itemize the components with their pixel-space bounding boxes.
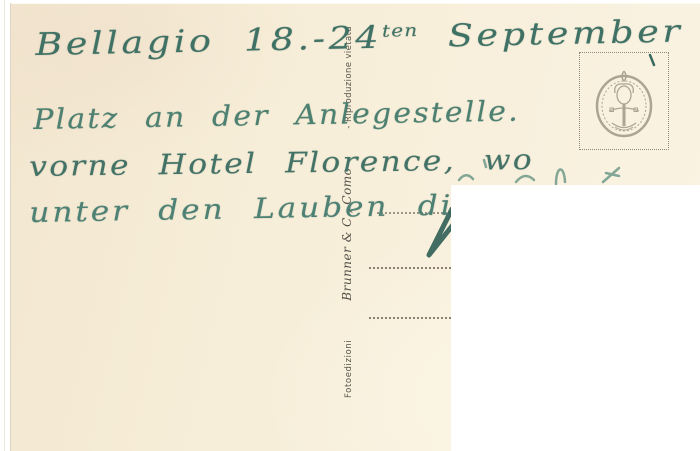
handwriting-line-1-pre: Bellagio 18.-24: [35, 20, 383, 63]
postcard-back: Fotoedizioni Brunner & C., Como - Riprod…: [10, 3, 700, 451]
blank-cutout: [451, 185, 700, 451]
handwriting-line-1-superscript: ten: [382, 21, 419, 42]
scan-edge-line: [4, 0, 5, 451]
handwriting-line-3: vorne Hotel Florence, wo: [29, 143, 534, 183]
